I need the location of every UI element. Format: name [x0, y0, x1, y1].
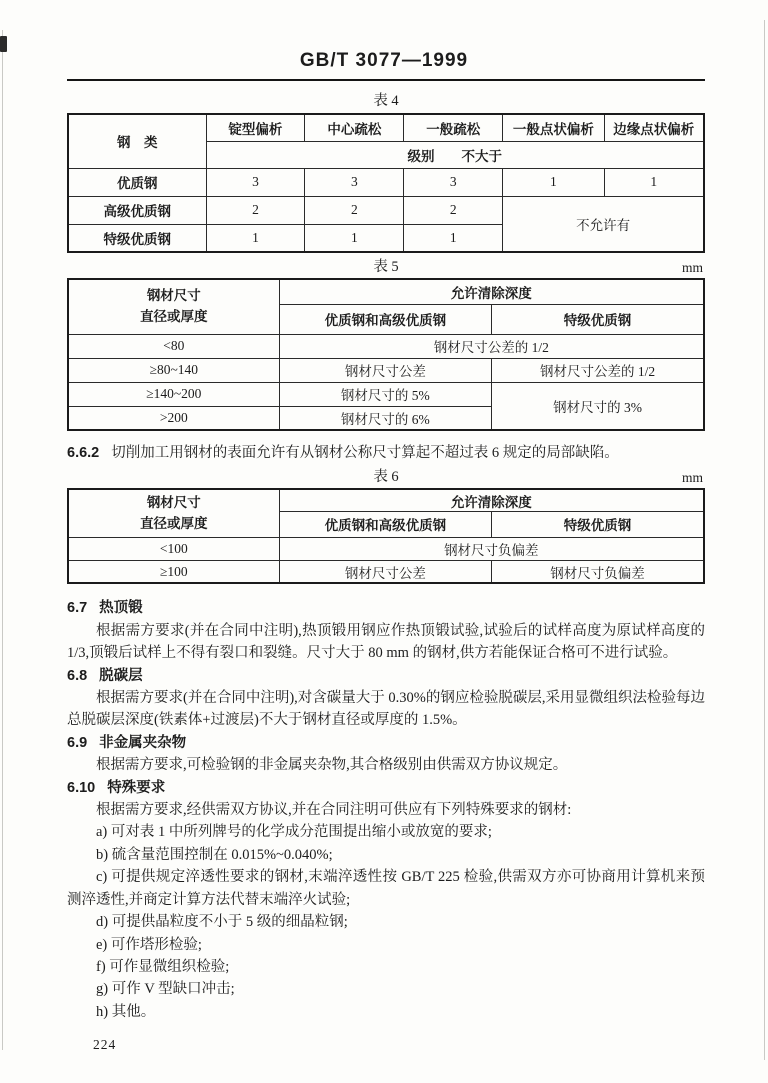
table-row: 优质钢 3 3 3 1 1	[68, 168, 704, 196]
clause-6-8-paragraph: 根据需方要求(并在合同中注明),对含碳量大于 0.30%的钢应检验脱碳层,采用显…	[67, 687, 705, 732]
list-item-c: c) 可提供规定淬透性要求的钢材,末端淬透性按 GB/T 225 检验,供需双方…	[67, 866, 705, 911]
table4-cell: 1	[503, 168, 604, 196]
clause-6-10-heading: 6.10特殊要求	[67, 777, 705, 799]
table4-column-header: 中心疏松	[305, 114, 404, 141]
header-rule	[67, 79, 705, 81]
table4-cell: 2	[404, 196, 503, 224]
table4-subheader: 级别 不大于	[206, 141, 704, 168]
table4-column-header: 锭型偏析	[206, 114, 305, 141]
list-item-d: d) 可提供晶粒度不小于 5 级的细晶粒钢;	[67, 911, 705, 933]
table5-row-label: <80	[68, 334, 279, 358]
list-item-g: g) 可作 V 型缺口冲击;	[67, 978, 705, 1000]
table5-caption-row: 表 5 mm	[67, 257, 705, 277]
table-row: ≥80~140 钢材尺寸公差 钢材尺寸公差的 1/2	[68, 358, 704, 382]
scan-artifact	[0, 36, 7, 52]
table6-cell: 钢材尺寸公差	[279, 560, 491, 583]
table6-caption-row: 表 6 mm	[67, 467, 705, 487]
table4-caption: 表 4	[67, 91, 705, 111]
table6-caption: 表 6	[373, 469, 398, 485]
table5-cell: 钢材尺寸的 6%	[279, 406, 491, 430]
table4-cell: 3	[404, 168, 503, 196]
table4-cell: 3	[305, 168, 404, 196]
page-number: 224	[93, 1037, 116, 1053]
table5-caption: 表 5	[373, 259, 398, 275]
table5-row-label: ≥140~200	[68, 382, 279, 406]
list-item-e: e) 可作塔形检验;	[67, 934, 705, 956]
table6-row-label: ≥100	[68, 560, 279, 583]
table-5: 钢材尺寸 直径或厚度 允许清除深度 优质钢和高级优质钢 特级优质钢 <80 钢材…	[67, 278, 705, 431]
clause-6-7-heading: 6.7热顶锻	[67, 597, 705, 619]
table5-cell: 钢材尺寸公差的 1/2	[279, 334, 704, 358]
table6-cell: 钢材尺寸负偏差	[279, 537, 704, 560]
table6-row-label: <100	[68, 537, 279, 560]
table5-cell: 钢材尺寸公差的 1/2	[492, 358, 704, 382]
table5-cell: 钢材尺寸公差	[279, 358, 491, 382]
table4-row-label: 特级优质钢	[68, 224, 206, 252]
clause-6-9-heading: 6.9非金属夹杂物	[67, 732, 705, 754]
clause-6-7-paragraph: 根据需方要求(并在合同中注明),热顶锻用钢应作热顶锻试验,试验后的试样高度为原试…	[67, 620, 705, 665]
clause-6-8-heading: 6.8脱碳层	[67, 665, 705, 687]
table6-subcolumn: 特级优质钢	[492, 511, 704, 537]
table-row: ≥140~200 钢材尺寸的 5% 钢材尺寸的 3%	[68, 382, 704, 406]
table4-column-header: 边缘点状偏析	[604, 114, 704, 141]
standard-number-title: GB/T 3077—1999	[0, 0, 768, 72]
table4-col0-header: 钢 类	[68, 114, 206, 168]
list-item-f: f) 可作显微组织检验;	[67, 956, 705, 978]
scan-edge-right	[764, 20, 765, 1060]
list-item-b: b) 硫含量范围控制在 0.015%~0.040%;	[67, 844, 705, 866]
document-page: GB/T 3077—1999 表 4 钢 类 锭型偏析 中心疏松 一般疏松 一般…	[0, 0, 768, 1083]
table4-cell: 2	[206, 196, 305, 224]
table5-cell: 钢材尺寸的 3%	[492, 382, 704, 430]
table6-unit: mm	[682, 468, 703, 488]
table5-subcolumn: 优质钢和高级优质钢	[279, 304, 491, 334]
clause-6-9-paragraph: 根据需方要求,可检验钢的非金属夹杂物,其合格级别由供需双方协议规定。	[67, 754, 705, 776]
clause-number: 6.6.2	[67, 445, 99, 461]
table4-cell: 1	[404, 224, 503, 252]
table-row: 高级优质钢 2 2 2 不允许有	[68, 196, 704, 224]
table5-subcolumn: 特级优质钢	[492, 304, 704, 334]
table6-depth-header: 允许清除深度	[279, 489, 704, 511]
list-item-h: h) 其他。	[67, 1001, 705, 1023]
table5-unit: mm	[682, 258, 703, 278]
table4-cell: 1	[604, 168, 704, 196]
table4-cell: 1	[206, 224, 305, 252]
table5-row-label: >200	[68, 406, 279, 430]
table5-row-label: ≥80~140	[68, 358, 279, 382]
table-6: 钢材尺寸 直径或厚度 允许清除深度 优质钢和高级优质钢 特级优质钢 <100 钢…	[67, 488, 705, 584]
table4-column-header: 一般点状偏析	[503, 114, 604, 141]
list-item-a: a) 可对表 1 中所列牌号的化学成分范围提出缩小或放宽的要求;	[67, 821, 705, 843]
table-row: <80 钢材尺寸公差的 1/2	[68, 334, 704, 358]
table5-depth-header: 允许清除深度	[279, 279, 704, 304]
table5-size-header: 钢材尺寸 直径或厚度	[68, 279, 279, 334]
clause-text: 切削加工用钢材的表面允许有从钢材公称尺寸算起不超过表 6 规定的局部缺陷。	[111, 445, 619, 461]
table-4: 钢 类 锭型偏析 中心疏松 一般疏松 一般点状偏析 边缘点状偏析 级别 不大于 …	[67, 113, 705, 253]
table6-cell: 钢材尺寸负偏差	[492, 560, 704, 583]
table4-row-label: 优质钢	[68, 168, 206, 196]
table-row: ≥100 钢材尺寸公差 钢材尺寸负偏差	[68, 560, 704, 583]
clause-6-6-2: 6.6.2切削加工用钢材的表面允许有从钢材公称尺寸算起不超过表 6 规定的局部缺…	[67, 442, 705, 464]
table4-cell: 1	[305, 224, 404, 252]
table6-size-header: 钢材尺寸 直径或厚度	[68, 489, 279, 537]
table4-cell: 3	[206, 168, 305, 196]
table4-not-allowed-cell: 不允许有	[503, 196, 704, 252]
table5-cell: 钢材尺寸的 5%	[279, 382, 491, 406]
scan-edge-left	[2, 30, 3, 1050]
clause-6-10-paragraph: 根据需方要求,经供需双方协议,并在合同注明可供应有下列特殊要求的钢材:	[67, 799, 705, 821]
table4-cell: 2	[305, 196, 404, 224]
table6-subcolumn: 优质钢和高级优质钢	[279, 511, 491, 537]
table4-column-header: 一般疏松	[404, 114, 503, 141]
table4-row-label: 高级优质钢	[68, 196, 206, 224]
table-row: <100 钢材尺寸负偏差	[68, 537, 704, 560]
